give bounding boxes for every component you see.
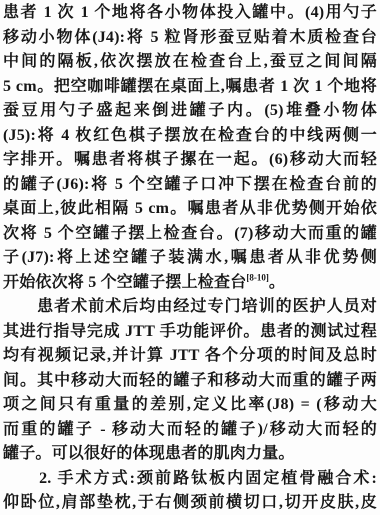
jtt-evaluation-method: 患者术前术后均由经过专门培训的医护人员对其进行指导完成 JTT 手功能评价。患者… [3, 295, 377, 467]
text-line: 患者 1 次 1 个地将各小物体投入罐中。(4)用勺子 [3, 1, 377, 26]
text-line: 仰卧位,肩部垫枕,于右侧颈前横切口,切开皮肤,皮 [3, 491, 377, 515]
text-line: 其进行指导完成 JTT 手功能评价。患者的测试过程 [3, 320, 377, 345]
text-line: 开始依次将 5 个空罐子摆上检查台[8-10]。 [3, 271, 377, 296]
text-line: (J5):将 4 枚红色棋子摆放在检查台的中线两侧一 [3, 124, 377, 149]
text-line: 子(J7):将上述空罐子装满水,嘱患者从非优势侧 [3, 246, 377, 271]
text-line: 中间的隔板,依次摆放在检查台上,蚕豆之间间隔 [3, 50, 377, 75]
text-line: 次将 5 个空罐子摆上检查台。(7)移动大而重的罐 [3, 222, 377, 247]
jtt-test-procedure: 患者 1 次 1 个地将各小物体投入罐中。(4)用勺子移动小物体(J4):将 5… [3, 1, 377, 295]
page-text: 患者 1 次 1 个地将各小物体投入罐中。(4)用勺子移动小物体(J4):将 5… [3, 1, 377, 515]
text-line: 罐子。可以很好的体现患者的肌肉力量。 [3, 442, 377, 467]
line-text: 。 [269, 274, 285, 291]
citation-superscript: [8-10] [246, 272, 269, 282]
document-page: 患者 1 次 1 个地将各小物体投入罐中。(4)用勺子移动小物体(J4):将 5… [0, 0, 380, 515]
text-line: 患者术前术后均由经过专门培训的医护人员对 [3, 295, 377, 320]
text-line: 均有视频记录,并计算 JTT 各个分项的时间及总时 [3, 344, 377, 369]
text-line: 蚕豆用勺子盛起来倒进罐子内。(5)堆叠小物体 [3, 99, 377, 124]
text-line: 5 cm。把空咖啡罐摆在桌面上,嘱患者 1 次 1 个地将 [3, 75, 377, 100]
text-line: 而重的罐子 - 移动大而轻的罐子)/移动大而轻的 [3, 418, 377, 443]
surgical-method: 2. 手术方式:颈前路钛板内固定植骨融合术:仰卧位,肩部垫枕,于右侧颈前横切口,… [3, 467, 377, 515]
text-line: 字排开。嘱患者将棋子摞在一起。(6)移动大而轻 [3, 148, 377, 173]
text-line: 项之间只有重量的差别,定义比率(J8) = (移动大 [3, 393, 377, 418]
text-line: 移动小物体(J4):将 5 粒肾形蚕豆贴着木质检查台 [3, 26, 377, 51]
text-line: 间。其中移动大而轻的罐子和移动大而重的罐子两 [3, 369, 377, 394]
text-line: 2. 手术方式:颈前路钛板内固定植骨融合术: [3, 467, 377, 492]
text-line: 的罐子(J6):将 5 个空罐子口冲下摆在检查台前的 [3, 173, 377, 198]
text-line: 桌面上,彼此相隔 5 cm。嘱患者从非优势侧开始依 [3, 197, 377, 222]
line-text: 开始依次将 5 个空罐子摆上检查台 [3, 274, 246, 291]
